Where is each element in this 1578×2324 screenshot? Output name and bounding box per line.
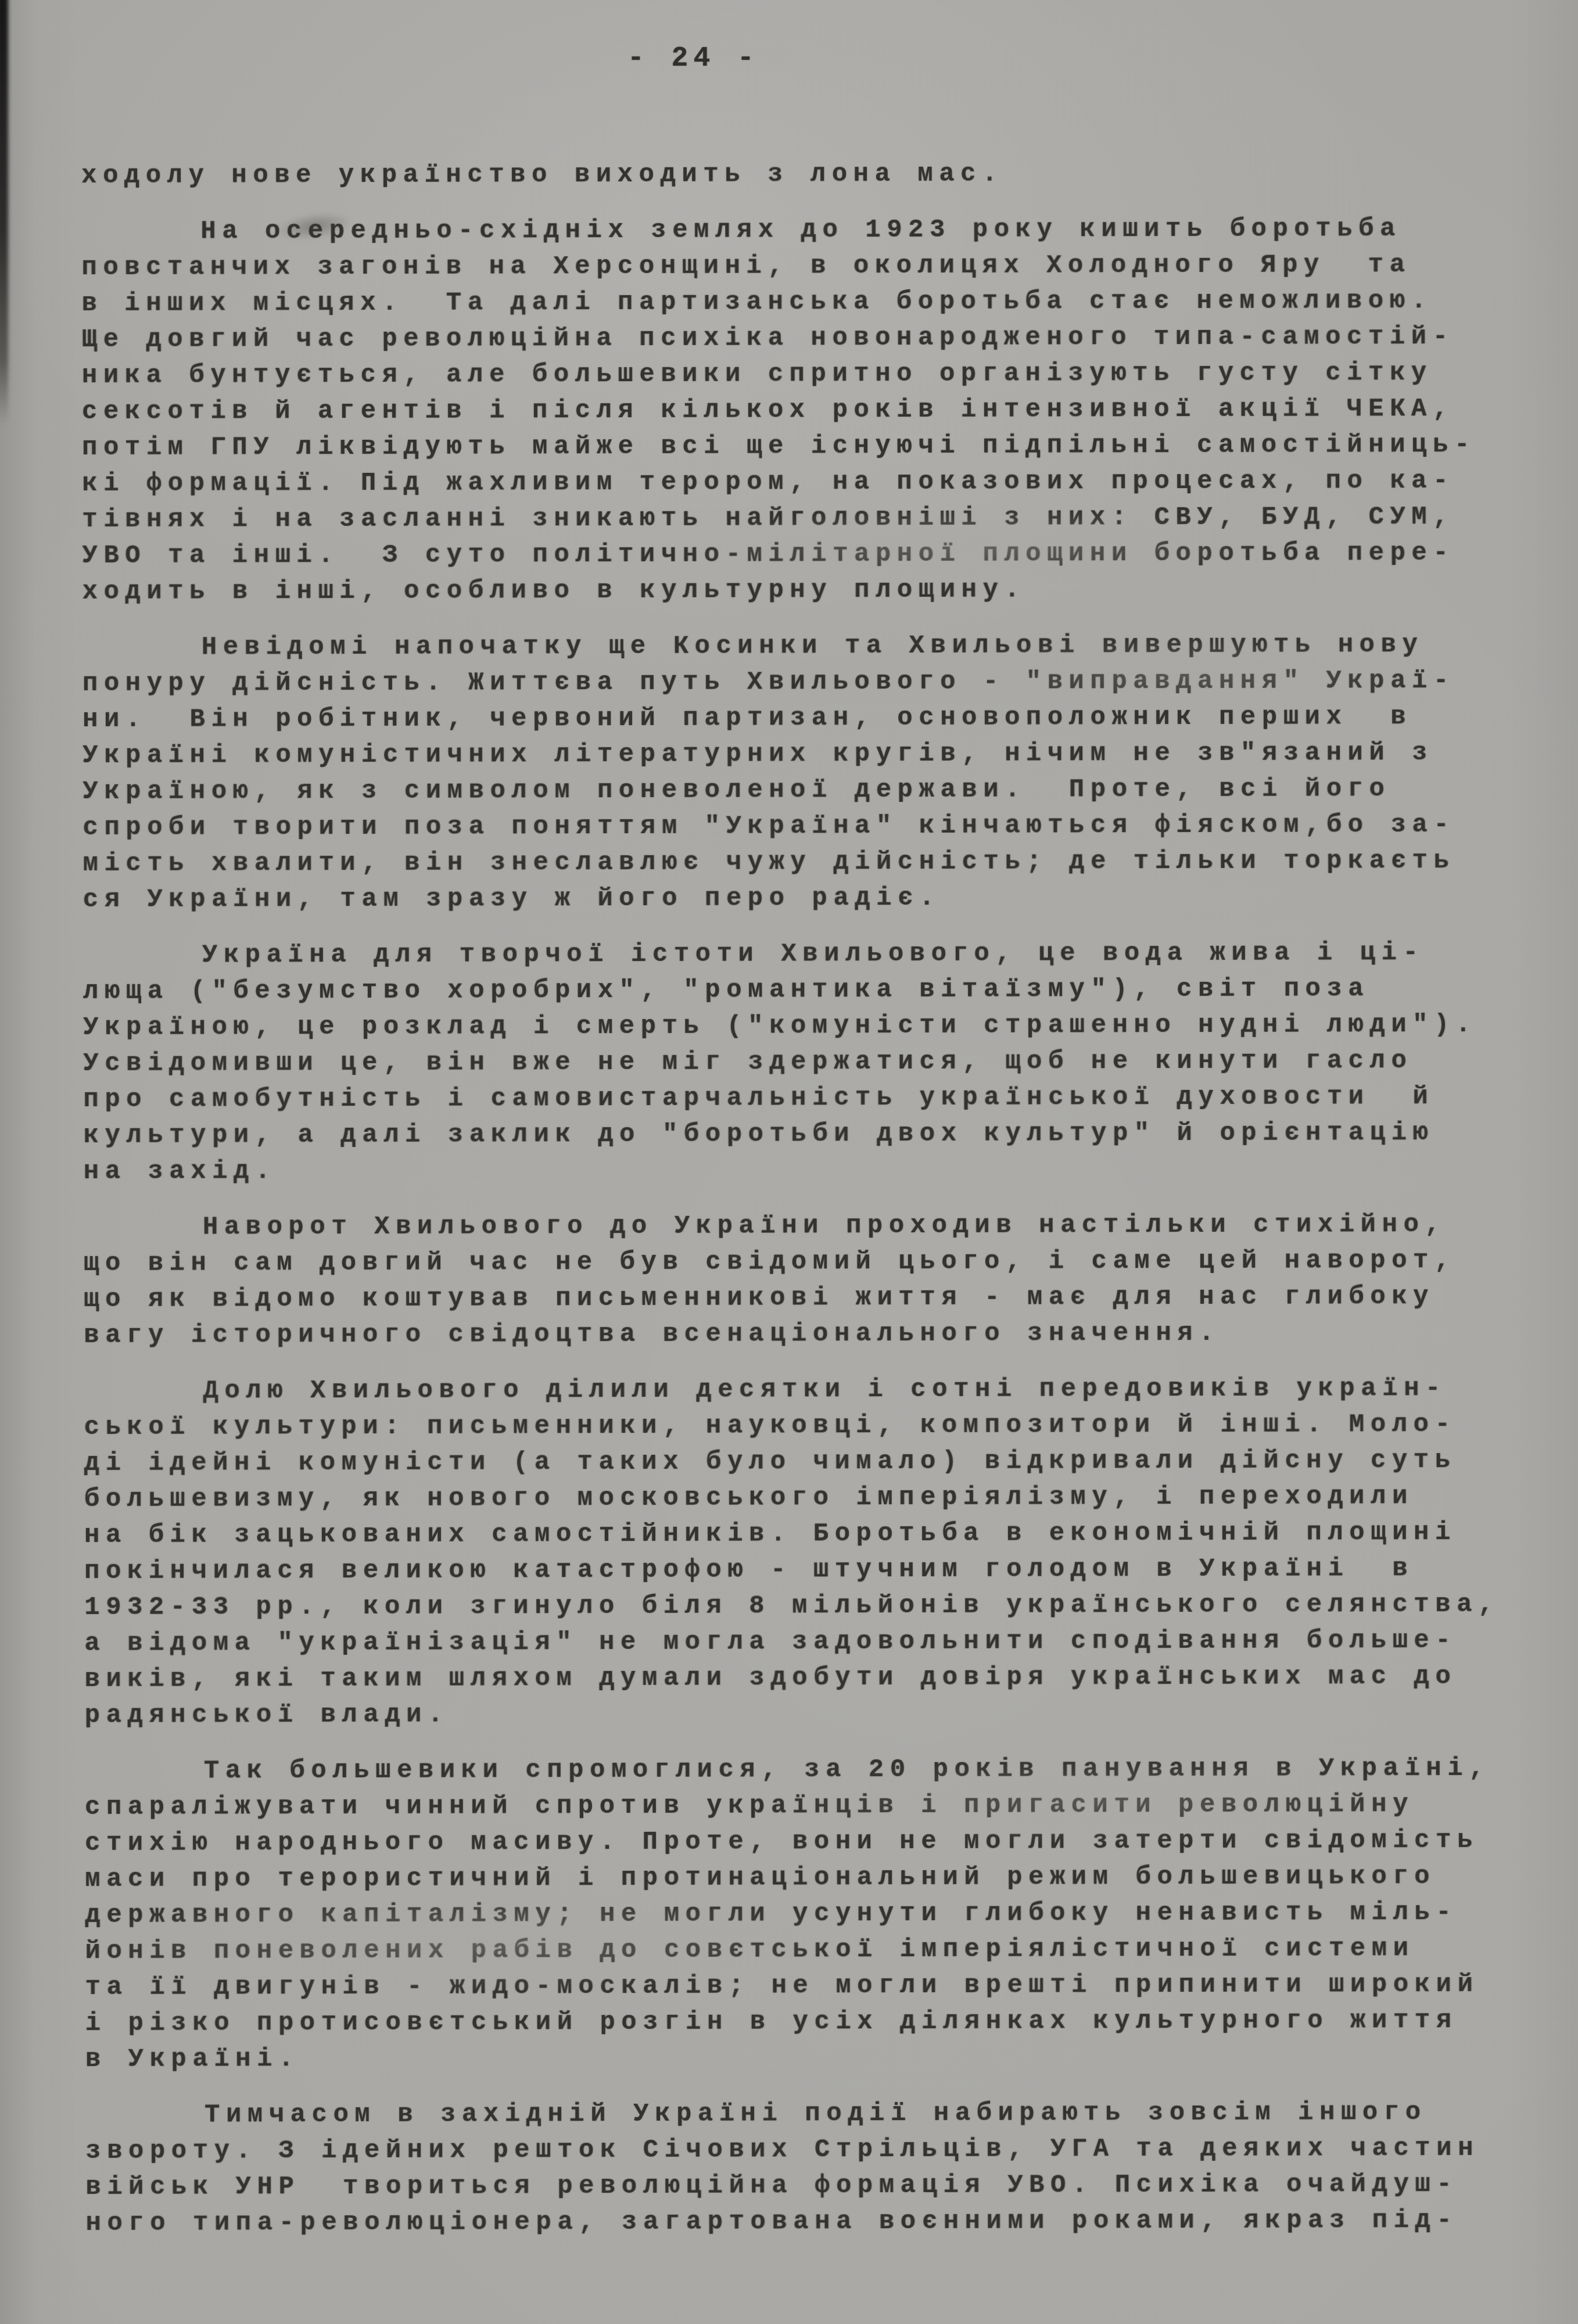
page-number: - 24 - [627, 43, 759, 74]
paragraph-bolsheviks-20-years: Так большевики спромоглися, за 20 років … [85, 1751, 1526, 2078]
paragraph-continuation: ходолу нове українство виходить з лона м… [81, 155, 1522, 194]
paragraph-dolya-khvylovoho: Долю Хвильового ділили десятки і сотні п… [84, 1371, 1525, 1734]
paragraph-ukraine-living-water: Україна для творчої істоти Хвильового, ц… [83, 935, 1525, 1190]
typewritten-text-block: ходолу нове українство виходить з лона м… [81, 155, 1527, 2241]
paragraph-western-ukraine-uvo: Тимчасом в західній Україні події набира… [85, 2095, 1527, 2241]
paragraph-central-eastern-lands: На осередньо-східніх землях до 1923 року… [81, 211, 1523, 610]
paragraph-navorot-khvylovoho: Наворот Хвильового до України проходив н… [84, 1207, 1525, 1354]
scanned-document-page: - 24 - ходолу нове українство виходить з… [0, 0, 1578, 2324]
paragraph-kosynky-khvylovi: Невідомі напочатку ще Косинки та Хвильов… [83, 627, 1524, 918]
